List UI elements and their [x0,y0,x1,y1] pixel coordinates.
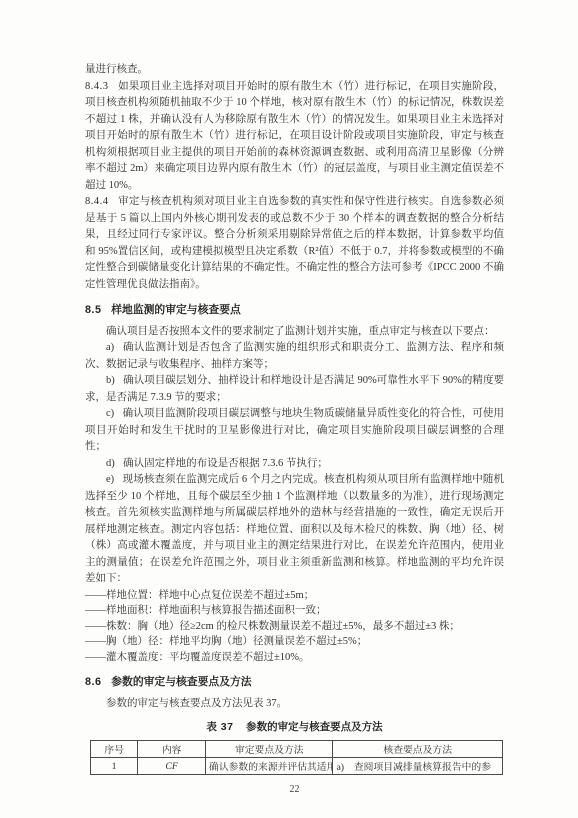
table-header-row: 序号 内容 审定要点及方法 核查要点及方法 [91,741,503,758]
list-marker: e) [106,474,114,485]
list-marker: a) [106,342,114,353]
list-item-text: 确认监测计划是否包含了监测实施的组织形式和职责分工、监测方法、程序和频次、数据记… [85,342,504,370]
table-caption: 表 37参数的审定与核查要点及方法 [85,720,504,735]
table-cell-verification: a) 查阅项目减排量核算报告中的参 [333,758,503,775]
parameters-table: 序号 内容 审定要点及方法 核查要点及方法 1 CF 确认参数的来源并评估其适用… [90,740,503,775]
table-caption-label: 表 37 [206,721,233,733]
clause-8-4-3: 8.4.3如果项目业主选择对项目开始时的原有散生木（竹）进行标记，在项目实施阶段… [85,79,504,195]
list-item-d: d)确认固定样地的布设是否根据 7.3.6 节执行； [85,456,504,473]
paragraph-continuation: 量进行核查。 [85,62,504,79]
table-row: 1 CF 确认参数的来源并评估其适用 a) 查阅项目减排量核算报告中的参 [91,758,503,775]
clause-number: 8.4.4 [85,196,109,207]
section-title: 参数的审定与核查要点及方法 [111,676,251,688]
dash-item-dbh: ——胸（地）径：样地平均胸（地）径测量误差不超过±5%； [85,634,504,650]
paragraph-8-6-intro: 参数的审定与核查要点及方法见表 37。 [85,696,504,713]
clause-text: 如果项目业主选择对项目开始时的原有散生木（竹）进行标记，在项目实施阶段，项目核查… [85,81,504,191]
list-item-b: b)确认项目碳层划分、抽样设计和样地设计是否满足 90%可靠性水平下 90%的精… [85,373,504,406]
table-cell-validation: 确认参数的来源并评估其适用 [206,758,333,775]
section-number: 8.5 [85,304,102,316]
section-heading-8-5: 8.5样地监测的审定与核查要点 [85,302,504,319]
page-number: 22 [85,784,504,795]
table-header-content: 内容 [138,741,206,758]
table-cell-parameter: CF [138,758,206,775]
section-heading-8-6: 8.6参数的审定与核查要点及方法 [85,674,504,691]
section-number: 8.6 [85,676,102,688]
clause-text: 审定与核查机构须对项目业主自选参数的真实性和保守性进行核实。自选参数必须是基于 … [85,196,504,290]
dash-item-shrub-cover: ——灌木覆盖度：平均覆盖度误差不超过±10%。 [85,650,504,666]
list-item-c: c)确认项目监测阶段项目碳层调整与地块生物质碳储量异质性变化的符合性，可使用项目… [85,406,504,456]
table-caption-text: 参数的审定与核查要点及方法 [246,721,383,733]
clause-8-4-4: 8.4.4审定与核查机构须对项目业主自选参数的真实性和保守性进行核实。自选参数必… [85,194,504,293]
document-content: 量进行核查。 8.4.3如果项目业主选择对项目开始时的原有散生木（竹）进行标记，… [85,62,504,795]
clause-number: 8.4.3 [85,81,109,92]
table-cell-serial: 1 [91,758,138,775]
dash-item-plot-area: ——样地面积：样地面积与核算报告描述面积一致； [85,603,504,619]
list-item-text: 确认项目碳层划分、抽样设计和样地设计是否满足 90%可靠性水平下 90%的精度要… [85,375,504,403]
list-item-text: 现场核查须在监测完成后 6 个月之内完成。核查机构须从项目所有监测样地中随机选择… [85,474,504,584]
list-marker: d) [106,458,115,469]
dash-item-tree-count: ——株数：胸（地）径≥2cm 的检尺株数测量误差不超过±5%，最多不超过±3 株… [85,619,504,635]
list-item-text: 确认固定样地的布设是否根据 7.3.6 节执行； [123,458,328,469]
list-item-e: e)现场核查须在监测完成后 6 个月之内完成。核查机构须从项目所有监测样地中随机… [85,472,504,588]
dash-item-plot-location: ——样地位置：样地中心点复位误差不超过±5m； [85,588,504,604]
list-item-a: a)确认监测计划是否包含了监测实施的组织形式和职责分工、监测方法、程序和频次、数… [85,340,504,373]
list-marker: b) [106,375,115,386]
document-page: 量进行核查。 8.4.3如果项目业主选择对项目开始时的原有散生木（竹）进行标记，… [0,0,578,818]
table-header-verification: 核查要点及方法 [333,741,503,758]
list-marker: c) [106,408,114,419]
list-item-text: 确认项目监测阶段项目碳层调整与地块生物质碳储量异质性变化的符合性，可使用项目开始… [85,408,504,452]
table-header-serial: 序号 [91,741,138,758]
paragraph-8-5-intro: 确认项目是否按照本文件的要求制定了监测计划并实施，重点审定与核查以下要点： [85,324,504,341]
table-header-validation: 审定要点及方法 [206,741,333,758]
section-title: 样地监测的审定与核查要点 [111,304,241,316]
